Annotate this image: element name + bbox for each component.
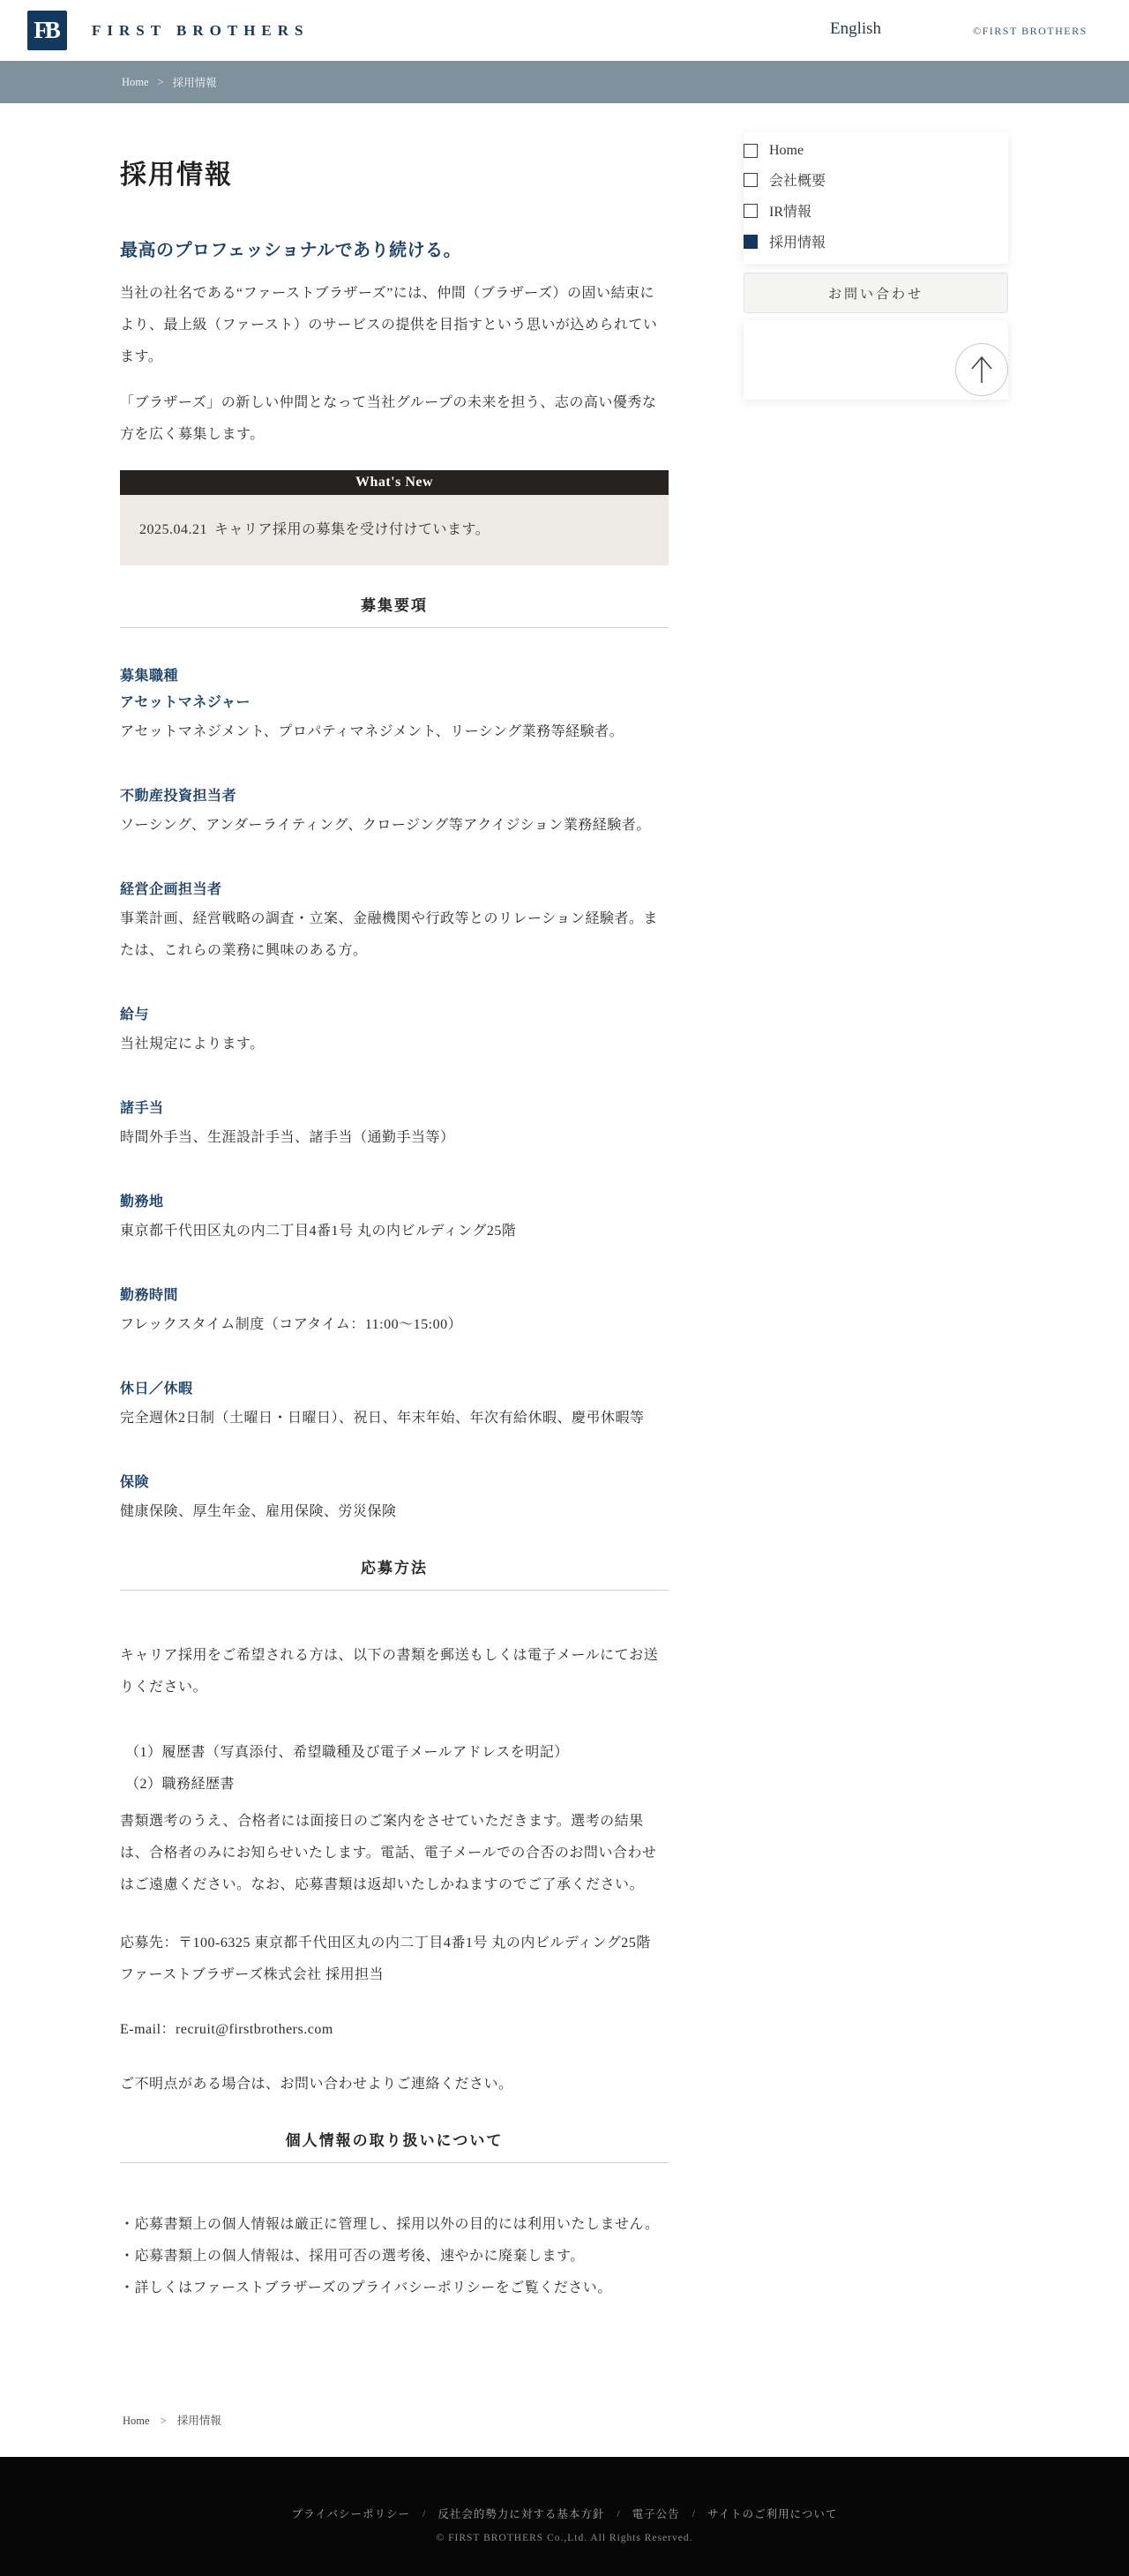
section-heading-requirements: 募集要項 <box>120 595 669 617</box>
lead-heading: 最高のプロフェッショナルであり続ける。 <box>120 237 669 264</box>
recruit-item: 諸手当 時間外手当、生涯設計手当、諸手当（通勤手当等） <box>120 1096 669 1154</box>
back-to-top-button[interactable] <box>955 343 1008 396</box>
breadcrumb-current: 採用情報 <box>177 2415 221 2427</box>
breadcrumb-home-link[interactable]: Home <box>122 76 149 89</box>
news-text: キャリア採用の募集を受け付けています。 <box>214 522 490 537</box>
main-content: 採用情報 最高のプロフェッショナルであり続ける。 当社の社名である“ファーストブ… <box>120 103 669 2304</box>
footer-link[interactable]: サイトのご利用について <box>707 2505 837 2521</box>
sidebar-menu-item[interactable]: 会社概要 <box>744 164 1008 195</box>
logo-mark-text: FB <box>34 17 61 44</box>
recruit-item-label: 諸手当 <box>120 1096 669 1122</box>
intro-paragraph: 当社の社名である“ファーストブラザーズ”には、仲間（ブラザーズ）の固い結束により… <box>120 278 669 373</box>
footer-link[interactable]: 反社会的勢力に対する基本方針 <box>437 2505 604 2521</box>
application-email: E-mail：recruit@firstbrothers.com <box>120 2014 669 2046</box>
up-arrow-icon <box>968 355 995 385</box>
logo-link[interactable]: FB FIRST BROTHERS <box>27 11 309 50</box>
recruit-item: 保険 健康保険、厚生年金、雇用保険、労災保険 <box>120 1470 669 1528</box>
privacy-bullet: ・応募書類上の個人情報は、採用可否の選考後、速やかに廃棄します。 <box>120 2241 669 2273</box>
footer-links: プライバシーポリシー 反社会的勢力に対する基本方針 電子公告 サイトのご利用につ… <box>0 2505 1129 2521</box>
footer-link-item: 反社会的勢力に対する基本方針 <box>410 2505 604 2521</box>
logo-company-name: FIRST BROTHERS <box>92 22 309 40</box>
footer-link[interactable]: プライバシーポリシー <box>292 2505 410 2521</box>
recruit-item-text: 東京都千代田区丸の内二丁目4番1号 丸の内ビルディング25階 <box>120 1216 669 1247</box>
recruit-item-text: 当社規定によります。 <box>120 1029 669 1060</box>
section-heading-application: 応募方法 <box>120 1558 669 1579</box>
recruit-item: 給与 当社規定によります。 <box>120 1002 669 1060</box>
whats-new-title: What's New <box>120 470 669 495</box>
privacy-bullet: ・詳しくはファーストブラザーズのプライバシーポリシーをご覧ください。 <box>120 2273 669 2304</box>
recruit-item-text: 完全週休2日制（土曜日・日曜日）、祝日、年末年始、年次有給休暇、慶弔休暇等 <box>120 1403 669 1434</box>
recruit-item-text: フレックスタイム制度（コアタイム：11:00〜15:00） <box>120 1309 669 1341</box>
sidebar-item-label: Home <box>769 143 804 159</box>
application-contact-note: ご不明点がある場合は、お問い合わせよりご連絡ください。 <box>120 2069 669 2100</box>
recruit-item: 不動産投資担当者 ソーシング、アンダーライティング、クロージング等アクイジション… <box>120 783 669 842</box>
recruit-item-text: ソーシング、アンダーライティング、クロージング等アクイジション業務経験者。 <box>120 810 669 842</box>
news-date: 2025.04.21 <box>139 522 207 537</box>
contact-button[interactable]: お問い合わせ <box>744 273 1008 313</box>
copyright-text: © FIRST BROTHERS Co.,Ltd. All Rights Res… <box>0 2533 1129 2543</box>
menu-square-icon <box>744 204 758 218</box>
sidebar-menu-item[interactable]: Home <box>744 138 1008 164</box>
sidebar-menu-item[interactable]: 採用情報 <box>744 226 1008 257</box>
recruit-item-sublabel: アセットマネジャー <box>120 690 669 716</box>
application-note: 書類選考のうえ、合格者には面接日のご案内をさせていただきます。選考の結果は、合格… <box>120 1806 669 1901</box>
recruit-item-label: 勤務時間 <box>120 1283 669 1309</box>
recruit-item-text: 健康保険、厚生年金、雇用保険、労災保険 <box>120 1496 669 1528</box>
recruit-item-label: 経営企画担当者 <box>120 877 669 903</box>
recruit-item-text: 時間外手当、生涯設計手当、諸手当（通勤手当等） <box>120 1122 669 1154</box>
whats-new-entry: 2025.04.21キャリア採用の募集を受け付けています。 <box>139 516 649 544</box>
breadcrumb-current: 採用情報 <box>173 74 217 90</box>
recruit-item: 募集職種 アセットマネジャー アセットマネジメント、プロパティマネジメント、リー… <box>120 663 669 748</box>
footer-link-item: プライバシーポリシー <box>292 2505 410 2521</box>
logo-fb-icon: FB <box>27 11 67 50</box>
english-language-link[interactable]: English <box>830 19 881 39</box>
section-heading-privacy: 個人情報の取り扱いについて <box>120 2130 669 2152</box>
sidebar-lower-box <box>744 320 1008 400</box>
page-title: 採用情報 <box>120 158 669 193</box>
recruit-item-label: 給与 <box>120 1002 669 1029</box>
brand-handle-link[interactable]: ©FIRST BROTHERS <box>973 25 1088 38</box>
recruit-item: 休日／休暇 完全週休2日制（土曜日・日曜日）、祝日、年末年始、年次有給休暇、慶弔… <box>120 1376 669 1434</box>
whats-new-section: What's New 2025.04.21キャリア採用の募集を受け付けています。 <box>120 470 669 565</box>
recruit-item-label: 募集職種 <box>120 663 669 690</box>
breadcrumb: Home > 採用情報 <box>0 61 1129 103</box>
recruit-item-label: 勤務地 <box>120 1189 669 1216</box>
recruit-item-text: 事業計画、経営戦略の調査・立案、金融機関や行政等とのリレーション経験者。または、… <box>120 903 669 967</box>
recruit-item: 勤務時間 フレックスタイム制度（コアタイム：11:00〜15:00） <box>120 1283 669 1341</box>
page: FB FIRST BROTHERS English ©FIRST BROTHER… <box>0 0 1129 2576</box>
recruit-items: 募集職種 アセットマネジャー アセットマネジメント、プロパティマネジメント、リー… <box>120 663 669 1528</box>
site-header: FB FIRST BROTHERS English ©FIRST BROTHER… <box>0 0 1129 61</box>
section-divider <box>120 627 669 628</box>
section-divider <box>120 2162 669 2163</box>
site-footer: プライバシーポリシー 反社会的勢力に対する基本方針 電子公告 サイトのご利用につ… <box>0 2457 1129 2576</box>
application-document-item: （1）履歴書（写真添付、希望職種及び電子メールアドレスを明記） <box>120 1737 669 1769</box>
footer-link[interactable]: 電子公告 <box>632 2505 680 2521</box>
sidebar-menu: Home 会社概要 IR情報 採用情報 <box>744 132 1008 264</box>
breadcrumb-separator: > <box>161 2415 167 2427</box>
sidebar-item-label: IR情報 <box>769 200 811 221</box>
recruit-item-text: アセットマネジメント、プロパティマネジメント、リーシング業務等経験者。 <box>120 716 669 748</box>
privacy-bullets: ・応募書類上の個人情報は厳正に管理し、採用以外の目的には利用いたしません。 ・応… <box>120 2209 669 2304</box>
application-address-line: ファーストブラザーズ株式会社 採用担当 <box>120 1959 669 1991</box>
privacy-bullet: ・応募書類上の個人情報は厳正に管理し、採用以外の目的には利用いたしません。 <box>120 2209 669 2241</box>
application-document-item: （2）職務経歴書 <box>120 1769 669 1801</box>
sidebar: Home 会社概要 IR情報 採用情報 お問い合わせ <box>744 132 1008 400</box>
application-documents: （1）履歴書（写真添付、希望職種及び電子メールアドレスを明記） （2）職務経歴書 <box>120 1737 669 1801</box>
section-divider <box>120 1590 669 1591</box>
sidebar-item-label: 会社概要 <box>769 169 826 190</box>
sidebar-menu-item[interactable]: IR情報 <box>744 195 1008 226</box>
breadcrumb-separator: > <box>158 76 164 89</box>
recruit-item-label: 休日／休暇 <box>120 1376 669 1403</box>
application-intro: キャリア採用をご希望される方は、以下の書類を郵送もしくは電子メールにてお送りくだ… <box>120 1640 669 1704</box>
recruit-item: 勤務地 東京都千代田区丸の内二丁目4番1号 丸の内ビルディング25階 <box>120 1189 669 1247</box>
intro-paragraphs: 当社の社名である“ファーストブラザーズ”には、仲間（ブラザーズ）の固い結束により… <box>120 278 669 451</box>
menu-square-icon <box>744 235 758 249</box>
recruit-item-label: 不動産投資担当者 <box>120 783 669 810</box>
application-address: 応募先：〒100-6325 東京都千代田区丸の内二丁目4番1号 丸の内ビルディン… <box>120 1928 669 1991</box>
breadcrumb-bottom: Home > 採用情報 <box>123 2412 221 2428</box>
menu-square-icon <box>744 173 758 187</box>
menu-square-icon <box>744 144 758 158</box>
recruit-item-label: 保険 <box>120 1470 669 1496</box>
application-address-line: 応募先：〒100-6325 東京都千代田区丸の内二丁目4番1号 丸の内ビルディン… <box>120 1928 669 1959</box>
intro-paragraph: 「ブラザーズ」の新しい仲間となって当社グループの未来を担う、志の高い優秀な方を広… <box>120 387 669 451</box>
whats-new-body: 2025.04.21キャリア採用の募集を受け付けています。 <box>120 495 669 565</box>
recruit-item: 経営企画担当者 事業計画、経営戦略の調査・立案、金融機関や行政等とのリレーション… <box>120 877 669 967</box>
sidebar-item-label: 採用情報 <box>769 231 826 251</box>
footer-link-item: サイトのご利用について <box>680 2505 838 2521</box>
breadcrumb-home-link[interactable]: Home <box>123 2415 150 2427</box>
footer-link-item: 電子公告 <box>604 2505 679 2521</box>
